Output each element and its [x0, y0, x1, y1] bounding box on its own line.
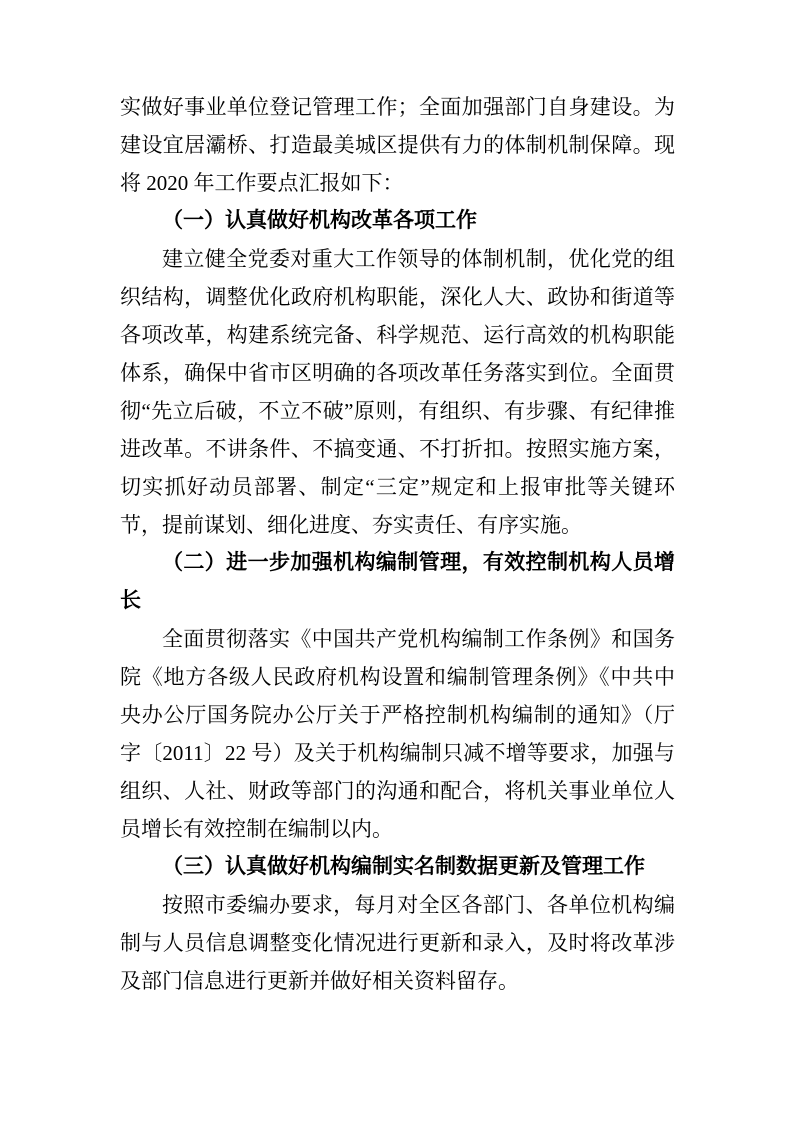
body-paragraph: 按照市委编办要求，每月对全区各部门、各单位机构编制与人员信息调整变化情况进行更新…	[120, 886, 675, 1000]
body-paragraph: 建立健全党委对重大工作领导的体制机制，优化党的组织结构，调整优化政府机构职能，深…	[120, 240, 675, 544]
body-paragraph: 实做好事业单位登记管理工作；全面加强部门自身建设。为建设宜居灞桥、打造最美城区提…	[120, 88, 675, 202]
document-body: 实做好事业单位登记管理工作；全面加强部门自身建设。为建设宜居灞桥、打造最美城区提…	[120, 88, 675, 1000]
section-heading: （三）认真做好机构编制实名制数据更新及管理工作	[120, 848, 675, 886]
section-heading: （一）认真做好机构改革各项工作	[120, 202, 675, 240]
body-paragraph: 全面贯彻落实《中国共产党机构编制工作条例》和国务院《地方各级人民政府机构设置和编…	[120, 620, 675, 848]
document-page: 实做好事业单位登记管理工作；全面加强部门自身建设。为建设宜居灞桥、打造最美城区提…	[0, 0, 793, 1122]
section-heading: （二）进一步加强机构编制管理，有效控制机构人员增长	[120, 544, 675, 620]
